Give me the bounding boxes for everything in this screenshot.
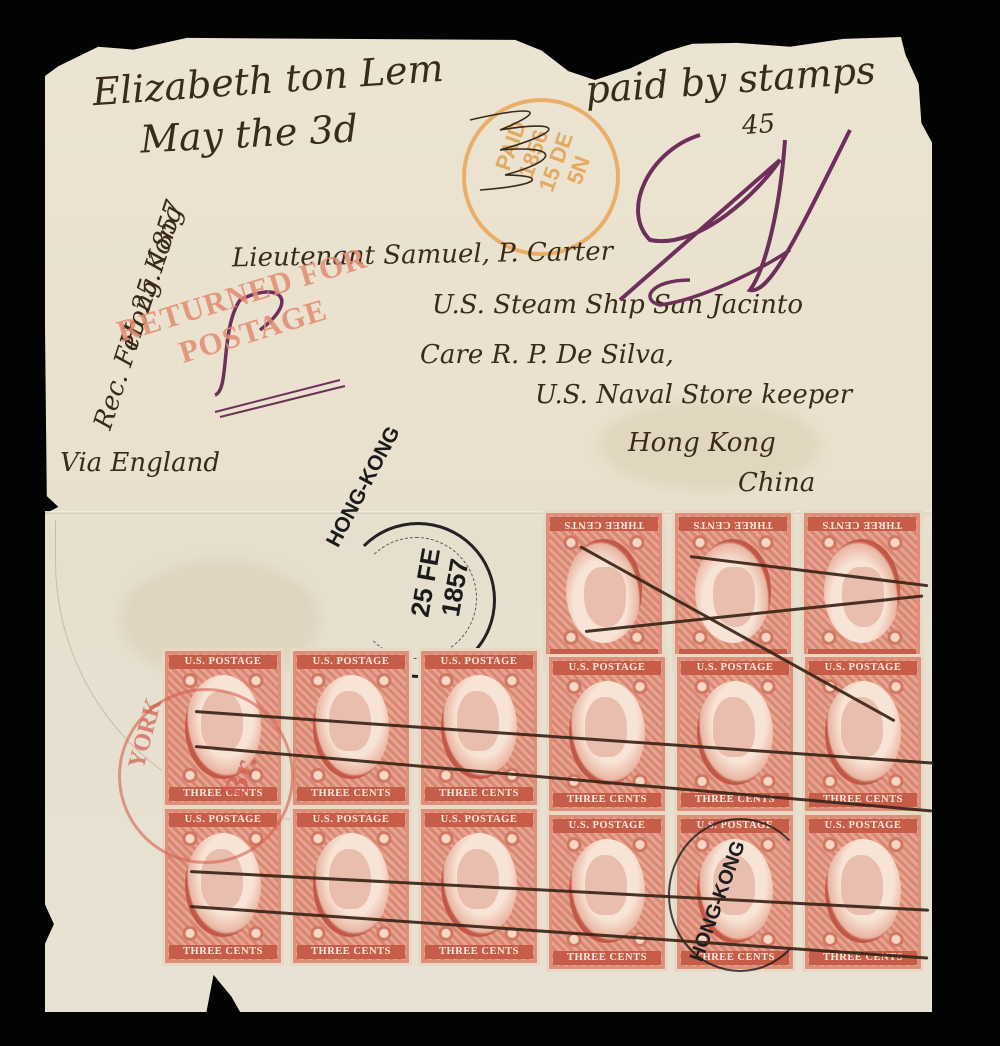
stamp-denomination-label: THREE CENTS (553, 951, 661, 965)
stamp-country-label: U.S. POSTAGE (809, 819, 917, 833)
stamp-denomination-label: THREE CENTS (553, 793, 661, 807)
stamp-three-cents: U.S. POSTAGETHREE CENTS (672, 510, 794, 670)
stamp-country-label: U.S. POSTAGE (425, 655, 533, 669)
stamp-country-label: U.S. POSTAGE (809, 661, 917, 675)
stamp-three-cents: U.S. POSTAGETHREE CENTS (290, 806, 412, 966)
washington-portrait (457, 691, 499, 751)
stamp-denomination-label: THREE CENTS (297, 787, 405, 801)
washington-portrait (585, 855, 627, 915)
stamp-denomination-label: THREE CENTS (297, 945, 405, 959)
stamp-three-cents: U.S. POSTAGETHREE CENTS (543, 510, 665, 670)
washington-portrait (841, 697, 883, 757)
stamp-country-label: U.S. POSTAGE (681, 661, 789, 675)
stamp-country-label: U.S. POSTAGE (297, 813, 405, 827)
washington-portrait (457, 849, 499, 909)
washington-portrait (585, 697, 627, 757)
stamp-country-label: U.S. POSTAGE (297, 655, 405, 669)
stamp-country-label: U.S. POSTAGE (425, 813, 533, 827)
washington-portrait (584, 567, 626, 627)
stamp-three-cents: U.S. POSTAGETHREE CENTS (801, 510, 923, 670)
stamp-three-cents: U.S. POSTAGETHREE CENTS (802, 812, 924, 972)
stamp-three-cents: U.S. POSTAGETHREE CENTS (546, 654, 668, 814)
stamp-country-label: U.S. POSTAGE (169, 655, 277, 669)
stamp-denomination-label: THREE CENTS (550, 517, 658, 531)
stamp-denomination-label: THREE CENTS (808, 517, 916, 531)
stamp-country-label: U.S. POSTAGE (553, 661, 661, 675)
stamp-three-cents: U.S. POSTAGETHREE CENTS (290, 648, 412, 808)
stamp-denomination-label: THREE CENTS (425, 787, 533, 801)
stamp-country-label: U.S. POSTAGE (553, 819, 661, 833)
stamp-denomination-label: THREE CENTS (679, 517, 787, 531)
stamp-denomination-label: THREE CENTS (425, 945, 533, 959)
stamp-denomination-label: THREE CENTS (169, 945, 277, 959)
